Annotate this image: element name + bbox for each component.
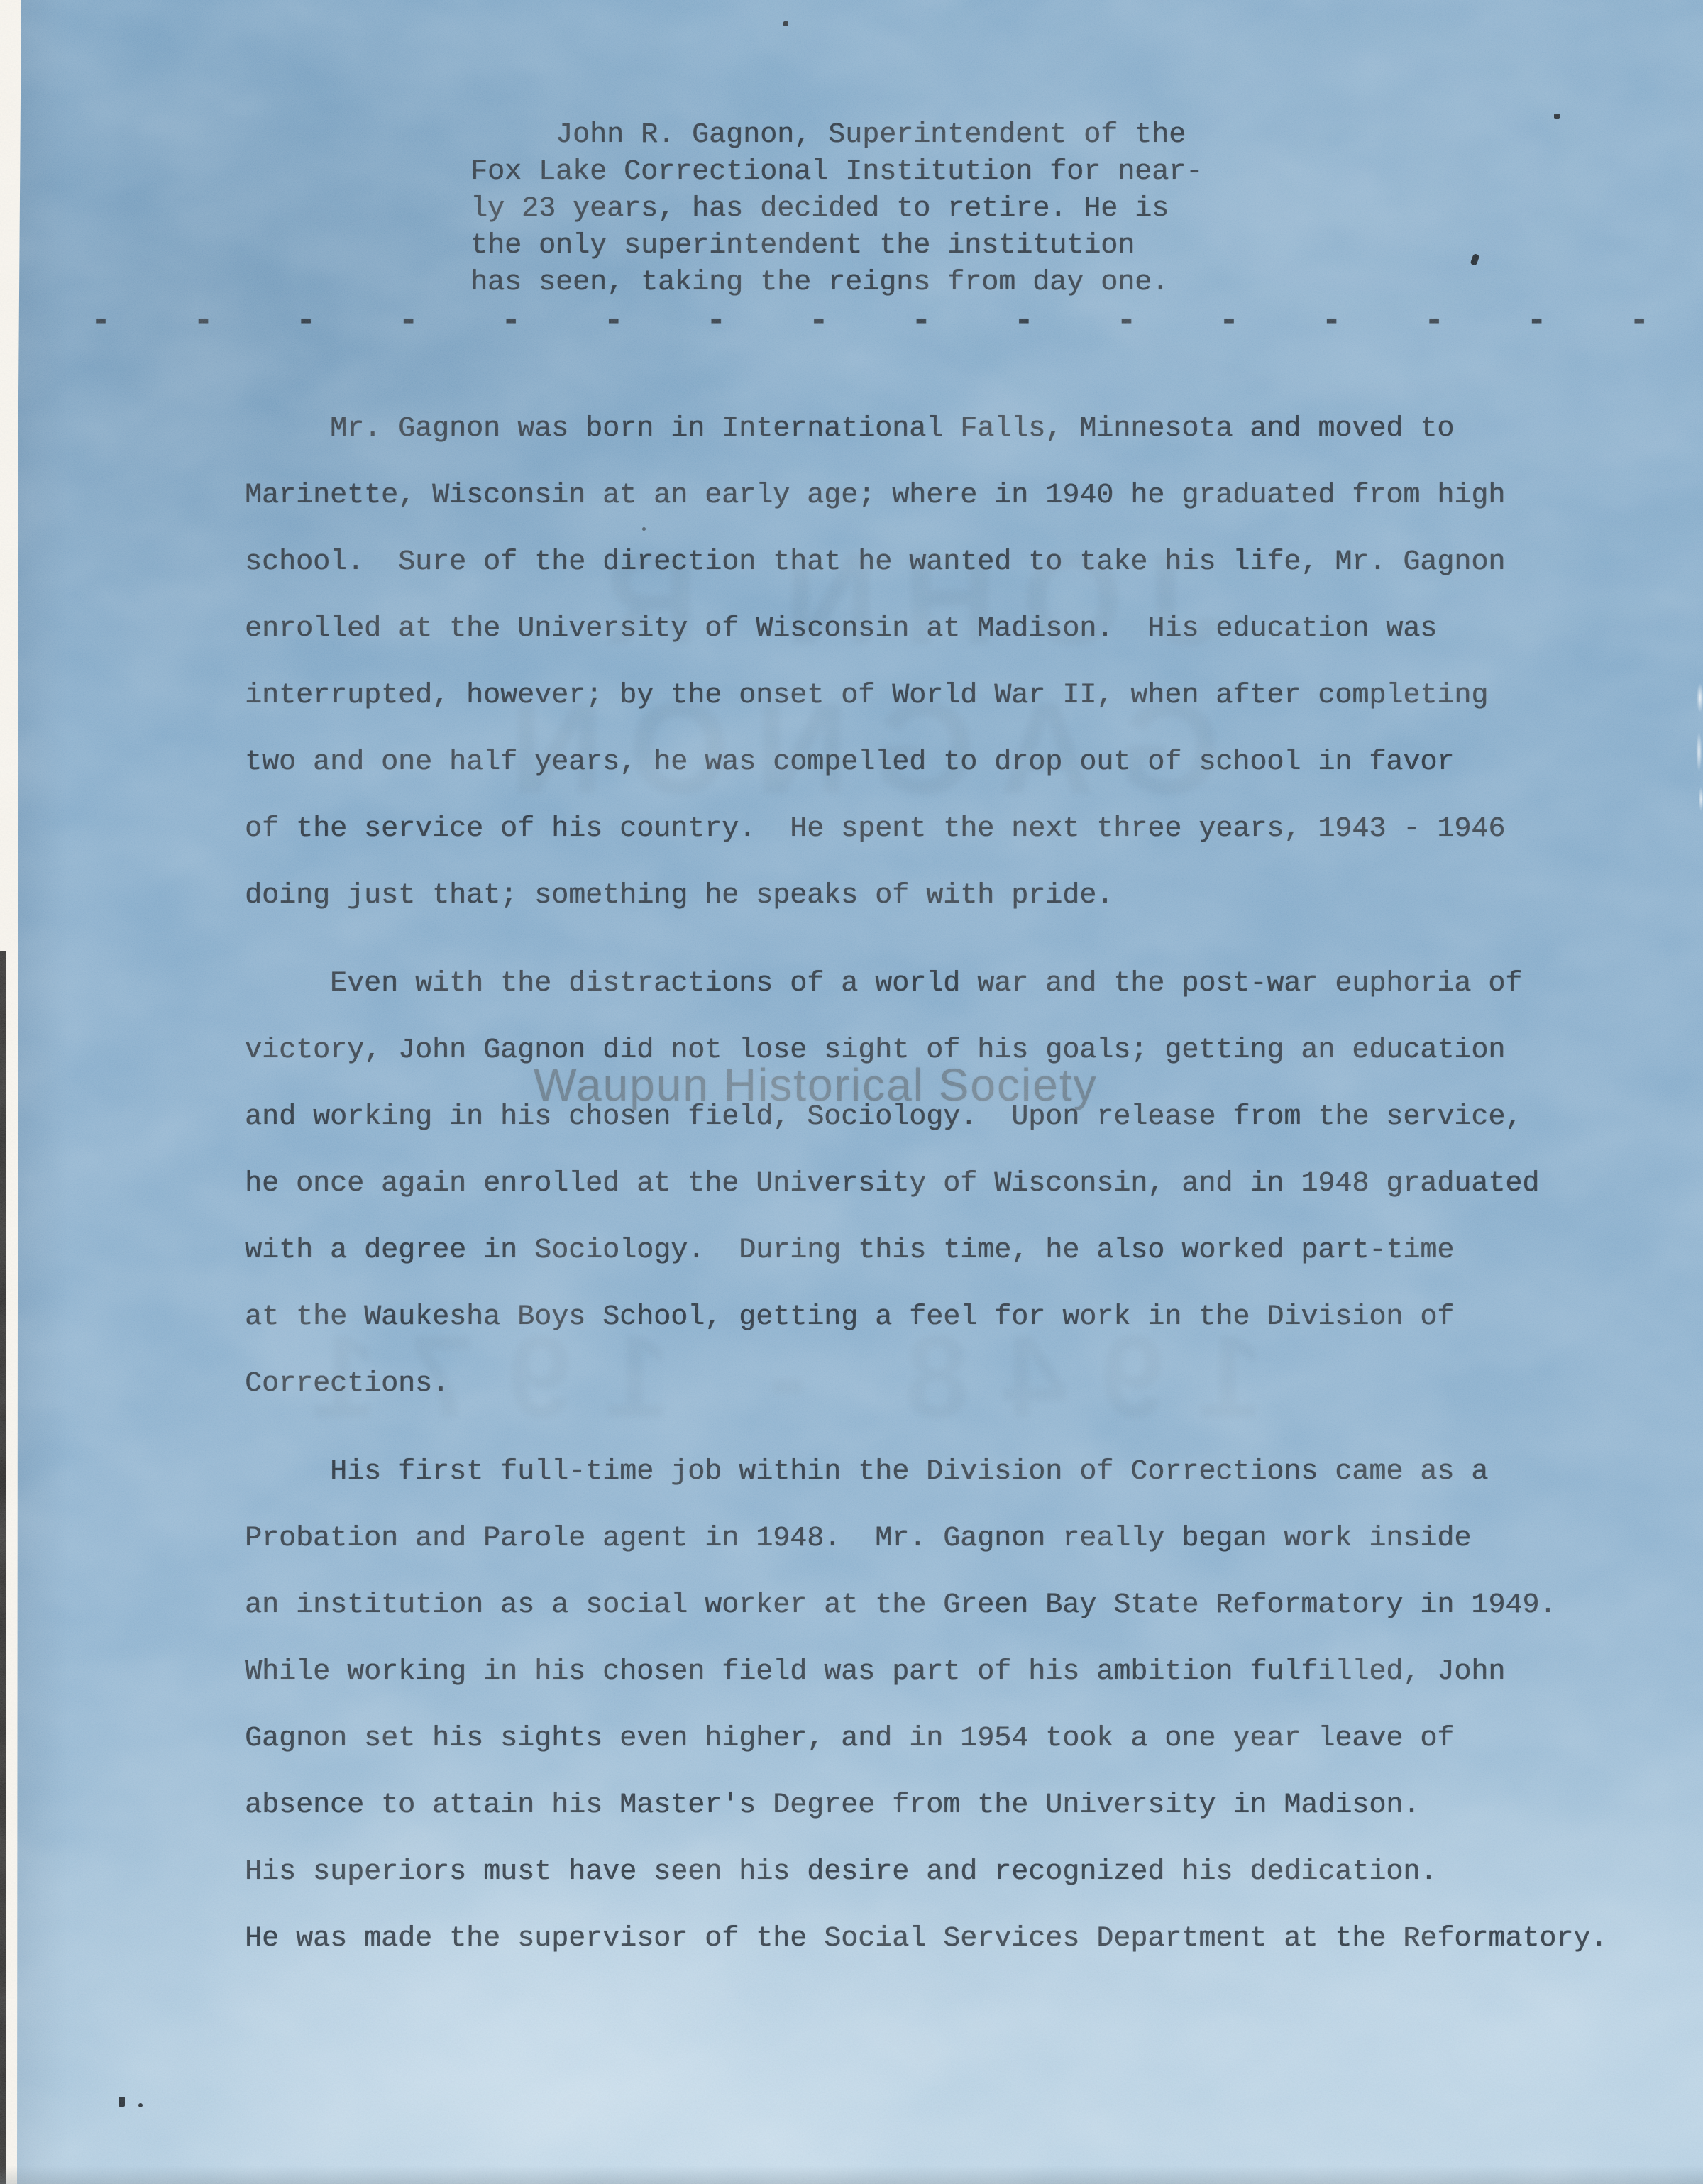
scan-edge-scuff (1693, 678, 1703, 812)
text-line: His first full-time job within the Divis… (245, 1439, 1636, 1506)
dust-speck (642, 527, 646, 531)
separator-dash: - (1322, 299, 1342, 342)
text-line: of the service of his country. He spent … (245, 796, 1636, 863)
text-line: Probation and Parole agent in 1948. Mr. … (245, 1506, 1636, 1572)
scanned-document-page: JOHN R GAGNON 1948 - 1971 John R. Gagnon… (0, 0, 1703, 2184)
dust-speck (119, 2097, 125, 2107)
body-text: Mr. Gagnon was born in International Fal… (245, 396, 1636, 1973)
text-line: school. Sure of the direction that he wa… (245, 529, 1636, 596)
separator-dash: - (1424, 299, 1444, 342)
separator-dash: - (399, 299, 419, 342)
header-line: Fox Lake Correctional Institution for ne… (470, 154, 1203, 191)
text-line: doing just that; something he speaks of … (245, 863, 1636, 930)
paragraph: Mr. Gagnon was born in International Fal… (245, 396, 1636, 930)
separator-dash: - (706, 299, 726, 342)
header-paragraph: John R. Gagnon, Superintendent of theFox… (470, 117, 1203, 302)
text-line: He was made the supervisor of the Social… (245, 1906, 1636, 1973)
separator-dash: - (604, 299, 624, 342)
text-line: two and one half years, he was compelled… (245, 729, 1636, 796)
separator-dash: - (194, 299, 214, 342)
dust-speck (1554, 114, 1560, 119)
text-line: Gagnon set his sights even higher, and i… (245, 1706, 1636, 1772)
separator-dash: - (1629, 299, 1649, 342)
text-line: While working in his chosen field was pa… (245, 1639, 1636, 1706)
paragraph: His first full-time job within the Divis… (245, 1439, 1636, 1973)
text-line: His superiors must have seen his desire … (245, 1839, 1636, 1906)
separator-dash: - (1219, 299, 1239, 342)
header-line: ly 23 years, has decided to retire. He i… (470, 191, 1203, 228)
separator-dash: - (1116, 299, 1136, 342)
text-line: he once again enrolled at the University… (245, 1151, 1636, 1218)
separator-dash: - (501, 299, 521, 342)
text-line: interrupted, however; by the onset of Wo… (245, 663, 1636, 729)
watermark-waupun-historical-society: Waupun Historical Society (534, 1059, 1098, 1111)
paragraph: Even with the distractions of a world wa… (245, 951, 1636, 1418)
text-line: an institution as a social worker at the… (245, 1572, 1636, 1639)
separator-dash: - (911, 299, 931, 342)
header-line: the only superintendent the institution (470, 228, 1203, 265)
dust-speck (138, 2103, 143, 2107)
header-line: has seen, taking the reigns from day one… (470, 265, 1203, 302)
separator-dash: - (809, 299, 829, 342)
text-line: with a degree in Sociology. During this … (245, 1218, 1636, 1284)
separator-dash: - (296, 299, 316, 342)
scan-edge-bottom-shadow (0, 2166, 1703, 2184)
text-line: enrolled at the University of Wisconsin … (245, 596, 1636, 663)
scan-edge-black-strip (0, 951, 6, 2184)
dashed-separator: ---------------- (91, 301, 1649, 341)
separator-dash: - (1527, 299, 1547, 342)
text-line: Corrections. (245, 1351, 1636, 1418)
separator-dash: - (91, 299, 111, 342)
dust-speck (783, 21, 788, 26)
text-line: at the Waukesha Boys School, getting a f… (245, 1284, 1636, 1351)
header-line: John R. Gagnon, Superintendent of the (470, 117, 1203, 154)
separator-dash: - (1014, 299, 1034, 342)
text-line: Marinette, Wisconsin at an early age; wh… (245, 463, 1636, 529)
text-line: absence to attain his Master's Degree fr… (245, 1772, 1636, 1839)
dust-speck (1470, 253, 1480, 266)
text-line: Even with the distractions of a world wa… (245, 951, 1636, 1017)
text-line: Mr. Gagnon was born in International Fal… (245, 396, 1636, 463)
